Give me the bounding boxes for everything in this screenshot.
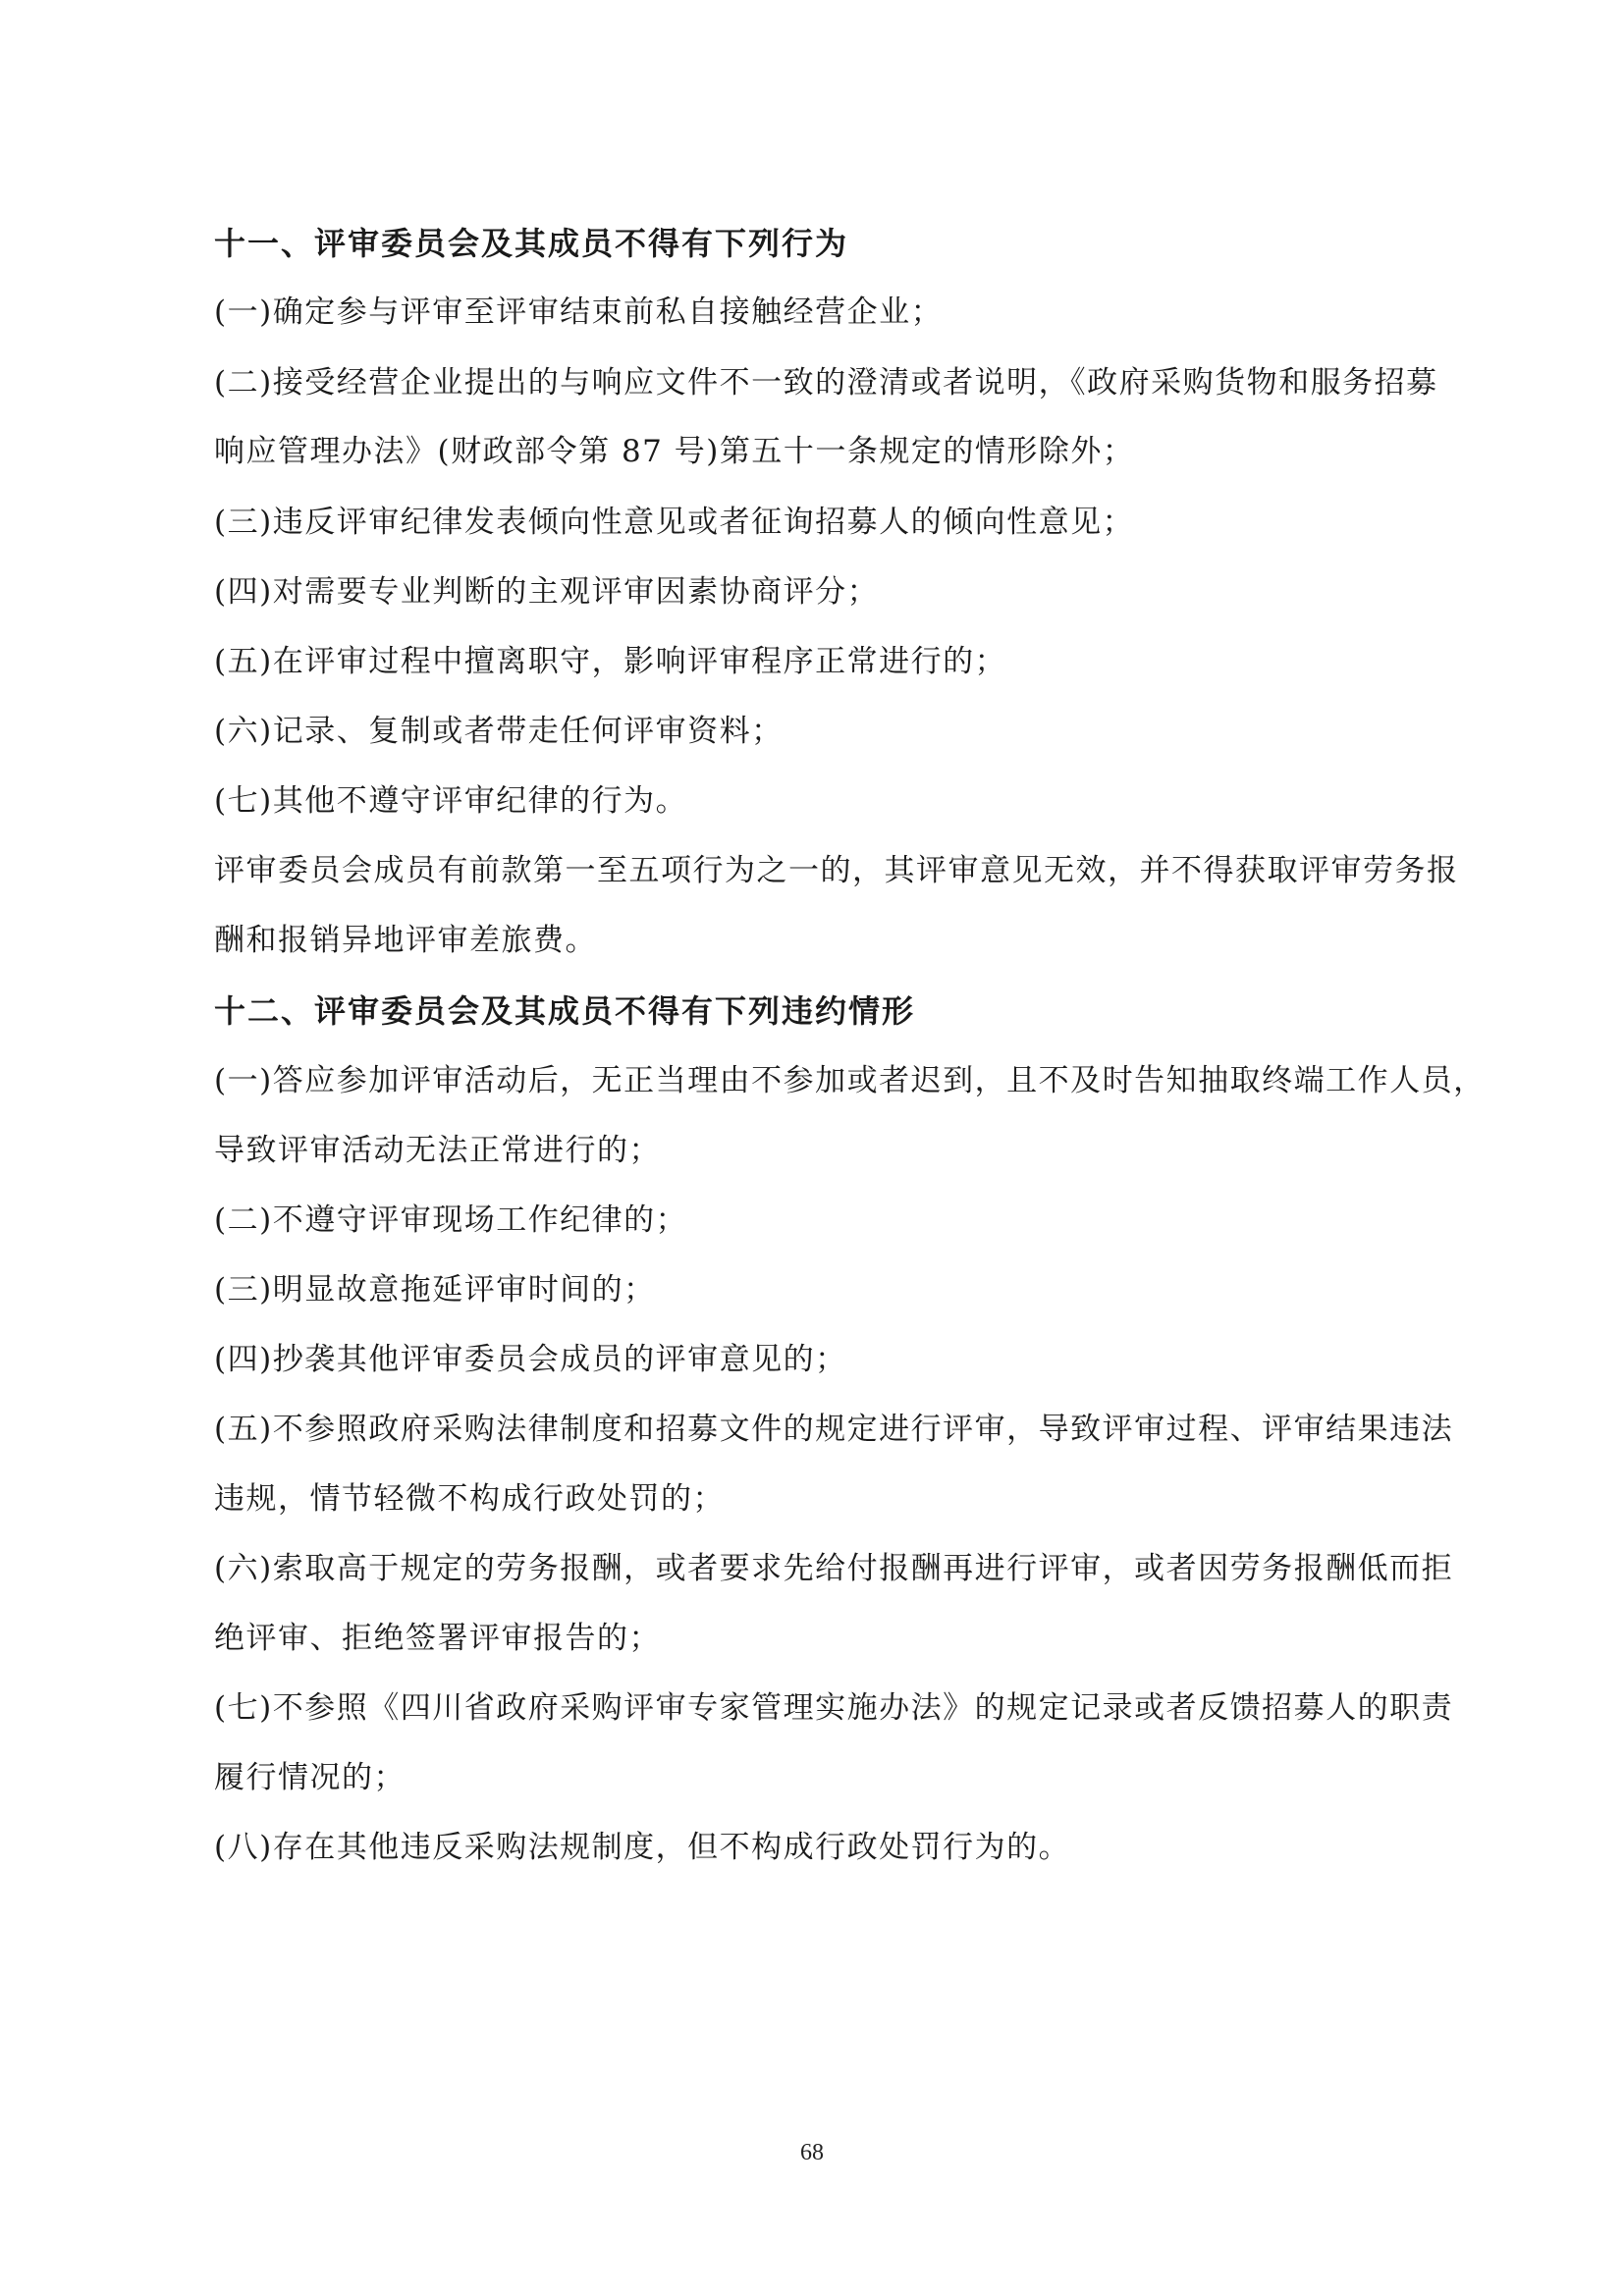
document-page: 十一、评审委员会及其成员不得有下列行为 (一)确定参与评审至评审结束前私自接触经… [0, 0, 1624, 2296]
paragraph-11-note: 评审委员会成员有前款第一至五项行为之一的，其评审意见无效，并不得获取评审劳务报 [214, 851, 1459, 890]
clause-11-5: (五)在评审过程中擅离职守，影响评审程序正常进行的； [214, 642, 1006, 681]
clause-12-6: (六)索取高于规定的劳务报酬，或者要求先给付报酬再进行评审，或者因劳务报酬低而拒 [214, 1549, 1453, 1588]
clause-12-6-cont: 绝评审、拒绝签署评审报告的； [214, 1619, 661, 1658]
clause-11-1: (一)确定参与评审至评审结束前私自接触经营企业； [214, 293, 943, 332]
clause-12-7-cont: 履行情况的； [214, 1758, 406, 1797]
section-heading-11: 十一、评审委员会及其成员不得有下列行为 [214, 224, 848, 263]
clause-12-8: (八)存在其他违反采购法规制度，但不构成行政处罚行为的。 [214, 1828, 1070, 1867]
clause-11-4: (四)对需要专业判断的主观评审因素协商评分； [214, 572, 879, 612]
clause-12-5: (五)不参照政府采购法律制度和招募文件的规定进行评审，导致评审过程、评审结果违法 [214, 1410, 1453, 1449]
clause-12-1: (一)答应参加评审活动后，无正当理由不参加或者迟到，且不及时告知抽取终端工作人员… [214, 1061, 1486, 1100]
clause-11-2: (二)接受经营企业提出的与响应文件不一致的澄清或者说明，《政府采购货物和服务招募 [214, 363, 1438, 402]
clause-12-7: (七)不参照《四川省政府采购评审专家管理实施办法》的规定记录或者反馈招募人的职责 [214, 1688, 1453, 1728]
clause-12-5-cont: 违规，情节轻微不构成行政处罚的； [214, 1479, 725, 1519]
paragraph-11-note-cont: 酬和报销异地评审差旅费。 [214, 921, 597, 960]
clause-11-6: (六)记录、复制或者带走任何评审资料； [214, 712, 784, 751]
clause-11-3: (三)违反评审纪律发表倾向性意见或者征询招募人的倾向性意见； [214, 503, 1134, 542]
clause-11-7: (七)其他不遵守评审纪律的行为。 [214, 781, 687, 821]
clause-12-4: (四)抄袭其他评审委员会成员的评审意见的； [214, 1340, 847, 1379]
page-number: 68 [0, 2140, 1624, 2166]
clause-12-2: (二)不遵守评审现场工作纪律的； [214, 1201, 687, 1240]
clause-11-2-cont: 响应管理办法》(财政部令第 87 号)第五十一条规定的情形除外； [214, 432, 1134, 471]
section-heading-12: 十二、评审委员会及其成员不得有下列违约情形 [214, 991, 915, 1031]
clause-12-3: (三)明显故意拖延评审时间的； [214, 1270, 656, 1309]
clause-12-1-cont: 导致评审活动无法正常进行的； [214, 1131, 661, 1170]
